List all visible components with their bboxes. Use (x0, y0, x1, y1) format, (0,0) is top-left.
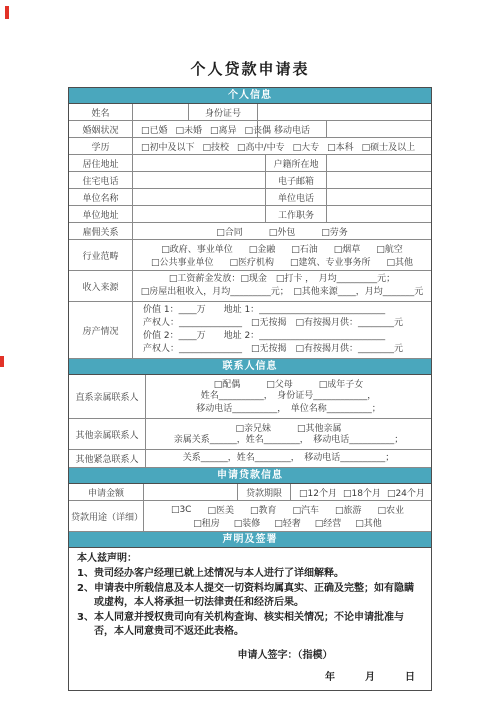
contact-detail-line[interactable]: 姓名__________， 身份证号____________， (150, 390, 427, 403)
checkbox-option[interactable]: □汽车 (293, 503, 320, 516)
immediate-family-contact-cell: □配偶□父母□成年子女 姓名__________， 身份证号__________… (146, 375, 431, 418)
table-row-other-relative: 其他亲属联系人 □亲兄妹□其他亲属 亲属关系______，姓名________，… (69, 419, 431, 450)
section-header-loan-info: 申请贷款信息 (69, 468, 431, 484)
checkbox-option[interactable]: □高中/中专 (237, 140, 285, 153)
id-number-input-cell[interactable] (258, 104, 431, 120)
checkbox-option[interactable]: □硕士及以上 (362, 140, 416, 153)
marital-status-label: 婚姻状况 (69, 121, 133, 137)
date-line[interactable]: 年 月 日 (77, 671, 423, 684)
checkbox-option[interactable]: □医疗机构 (229, 255, 274, 268)
checkbox-option[interactable]: □已婚 (141, 123, 168, 136)
education-label: 学历 (69, 138, 133, 154)
industry-options-cell: □政府、事业单位□金融□石油□烟草□航空 □公共事业单位□医疗机构□建筑、专业事… (133, 240, 431, 270)
residential-address-label: 居住地址 (69, 155, 133, 171)
table-row-company-name: 单位名称 单位电话 (69, 189, 431, 206)
loan-amount-label: 申请金额 (69, 484, 144, 500)
checkbox-option[interactable]: □农业 (378, 503, 405, 516)
table-row-marital: 婚姻状况 □已婚□未婚□离异□丧偶 移动电话 (69, 121, 431, 138)
name-label: 姓名 (69, 104, 133, 120)
income-option-line[interactable]: □房屋出租收入，月均_________元； □其他来源____，月均______… (137, 286, 427, 299)
checkbox-option[interactable]: □经营 (315, 516, 342, 529)
education-options: □初中及以下□技校□高中/中专□大专□本科□硕士及以上 (133, 138, 431, 154)
company-name-input-cell[interactable] (133, 189, 266, 205)
checkbox-option[interactable]: □航空 (376, 242, 403, 255)
checkbox-option[interactable]: □亲兄妹 (235, 421, 271, 434)
checkbox-option[interactable]: □医美 (207, 503, 234, 516)
table-row-education: 学历 □初中及以下□技校□高中/中专□大专□本科□硕士及以上 (69, 138, 431, 155)
red-annotation-mark (0, 356, 4, 367)
table-row-loan-amount: 申请金额 贷款期限 □12个月□18个月□24个月 (69, 484, 431, 501)
company-phone-label: 单位电话 (266, 189, 327, 205)
home-phone-label: 住宅电话 (69, 172, 133, 188)
industry-options-line1: □政府、事业单位□金融□石油□烟草□航空 (137, 242, 427, 255)
contact-detail-line[interactable]: 关系______，姓名________， 移动电话__________； (150, 452, 427, 465)
checkbox-option[interactable]: □教育 (250, 503, 277, 516)
checkbox-option[interactable]: □成年子女 (319, 377, 364, 390)
loan-application-form-table: 个人信息 姓名 身份证号 婚姻状况 □已婚□未婚□离异□丧偶 移动电话 学历 □… (68, 87, 432, 691)
red-annotation-mark (5, 6, 9, 19)
company-address-input-cell[interactable] (133, 206, 266, 222)
other-relative-options: □亲兄妹□其他亲属 (150, 421, 427, 434)
property-status-label: 房产情况 (69, 302, 133, 358)
table-row-income: 收入来源 □工资薪金发放：□现金 □打卡 ， 月均_________元；□房屋出… (69, 271, 431, 302)
loan-purpose-options-line1: □3C□医美□教育□汽车□旅游□农业 (148, 503, 427, 516)
table-row-employment: 雇佣关系 □合同□外包□劳务 (69, 223, 431, 240)
email-label: 电子邮箱 (266, 172, 327, 188)
name-input-cell[interactable] (133, 104, 189, 120)
checkbox-option[interactable]: □外包 (269, 225, 296, 238)
industry-label: 行业范畴 (69, 240, 133, 270)
emergency-contact-cell: 关系______，姓名________， 移动电话__________； (146, 450, 431, 467)
employment-options: □合同□外包□劳务 (133, 223, 431, 239)
checkbox-option[interactable]: □劳务 (321, 225, 348, 238)
declaration-items: 1、贵司经办客户经理已就上述情况与本人进行了详细解释。2、申请表中所载信息及本人… (77, 567, 423, 639)
checkbox-option[interactable]: □装修 (234, 516, 261, 529)
residential-address-input-cell[interactable] (133, 155, 266, 171)
checkbox-option[interactable]: □3C (171, 505, 192, 515)
checkbox-option[interactable]: □其他 (387, 255, 414, 268)
employment-relation-label: 雇佣关系 (69, 223, 133, 239)
table-row-company-address: 单位地址 工作职务 (69, 206, 431, 223)
section-header-contact-info: 联系人信息 (69, 359, 431, 375)
loan-purpose-label: 贷款用途（详细） (69, 501, 144, 531)
company-phone-input-cell[interactable] (327, 189, 431, 205)
declaration-item: 1、贵司经办客户经理已就上述情况与本人进行了详细解释。 (77, 567, 423, 581)
immediate-family-detail-lines: 姓名__________， 身份证号____________，移动电话_____… (150, 390, 427, 416)
section-header-declaration: 声明及签署 (69, 532, 431, 548)
table-row-declaration: 本人兹声明： 1、贵司经办客户经理已就上述情况与本人进行了详细解释。2、申请表中… (69, 548, 431, 690)
registered-residence-input-cell[interactable] (327, 155, 431, 171)
email-input-cell[interactable] (327, 172, 431, 188)
table-row-immediate-family: 直系亲属联系人 □配偶□父母□成年子女 姓名__________， 身份证号__… (69, 375, 431, 419)
checkbox-option[interactable]: □合同 (216, 225, 243, 238)
declaration-block: 本人兹声明： 1、贵司经办客户经理已就上述情况与本人进行了详细解释。2、申请表中… (69, 548, 431, 690)
id-number-label: 身份证号 (189, 104, 258, 120)
job-title-label: 工作职务 (266, 206, 327, 222)
loan-purpose-options-cell: □3C□医美□教育□汽车□旅游□农业 □租房□装修□轻奢□经营□其他 (144, 501, 431, 531)
declaration-heading: 本人兹声明： (77, 552, 423, 566)
page-title: 个人贷款申请表 (0, 58, 500, 79)
checkbox-option[interactable]: □父母 (266, 377, 293, 390)
income-source-label: 收入来源 (69, 271, 133, 301)
checkbox-option[interactable]: □其他亲属 (297, 421, 342, 434)
checkbox-option[interactable]: □技校 (203, 140, 230, 153)
checkbox-option[interactable]: □未婚 (176, 123, 203, 136)
checkbox-option[interactable]: □建筑、专业事务所 (290, 255, 371, 268)
property-detail-line[interactable]: 价值 2：____万 地址 2：________________________… (137, 330, 427, 343)
checkbox-option[interactable]: □租房 (193, 516, 220, 529)
checkbox-option[interactable]: □公共事业单位 (151, 255, 214, 268)
checkbox-option[interactable]: □24个月 (387, 486, 425, 499)
property-detail-line[interactable]: 产权人：______________ □无按揭 □有按揭月供：________元 (137, 317, 427, 330)
other-relative-detail-lines: 亲属关系______，姓名________， 移动电话__________； (150, 434, 427, 447)
industry-options-line2: □公共事业单位□医疗机构□建筑、专业事务所□其他 (137, 255, 427, 268)
checkbox-option[interactable]: □石油 (291, 242, 318, 255)
company-name-label: 单位名称 (69, 189, 133, 205)
table-row-home-phone: 住宅电话 电子邮箱 (69, 172, 431, 189)
loan-term-options: □12个月□18个月□24个月 (291, 484, 431, 500)
job-title-input-cell[interactable] (327, 206, 431, 222)
loan-amount-input-cell[interactable] (144, 484, 238, 500)
table-row-address: 居住地址 户籍所在地 (69, 155, 431, 172)
checkbox-option[interactable]: □离异 (210, 123, 237, 136)
checkbox-option[interactable]: □18个月 (343, 486, 381, 499)
property-detail-line[interactable]: 价值 1：____万 地址 1：________________________… (137, 304, 427, 317)
applicant-signature-label[interactable]: 申请人签字：（指模） (77, 649, 423, 663)
checkbox-option[interactable]: □本科 (327, 140, 354, 153)
table-row-loan-purpose: 贷款用途（详细） □3C□医美□教育□汽车□旅游□农业 □租房□装修□轻奢□经营… (69, 501, 431, 532)
income-source-cell: □工资薪金发放：□现金 □打卡 ， 月均_________元；□房屋出租收入，月… (133, 271, 431, 301)
other-relative-contact-label: 其他亲属联系人 (69, 419, 146, 449)
checkbox-option[interactable]: □金融 (249, 242, 276, 255)
form-page: 个人贷款申请表 个人信息 姓名 身份证号 婚姻状况 □已婚□未婚□离异□丧偶 移… (0, 0, 500, 708)
section-header-personal-info: 个人信息 (69, 88, 431, 104)
mobile-phone-input-cell[interactable] (327, 121, 431, 137)
property-details-cell: 价值 1：____万 地址 1：________________________… (133, 302, 431, 358)
contact-detail-line[interactable]: 亲属关系______，姓名________， 移动电话__________； (150, 434, 427, 447)
registered-residence-label: 户籍所在地 (266, 155, 327, 171)
declaration-item: 2、申请表中所载信息及本人提交一切资料均属真实、正确及完整；如有隐瞒或虚构，本人… (77, 582, 423, 610)
table-row-property: 房产情况 价值 1：____万 地址 1：___________________… (69, 302, 431, 359)
checkbox-option[interactable]: □轻奢 (274, 516, 301, 529)
immediate-family-contact-label: 直系亲属联系人 (69, 375, 146, 418)
property-detail-line[interactable]: 产权人：______________ □无按揭 □有按揭月供：________元 (137, 343, 427, 356)
declaration-item: 3、本人同意并授权贵司向有关机构查询、核实相关情况；不论申请批准与否，本人同意贵… (77, 611, 423, 639)
immediate-family-options: □配偶□父母□成年子女 (150, 377, 427, 390)
mobile-phone-label: 移动电话 (258, 121, 327, 137)
checkbox-option[interactable]: □初中及以下 (141, 140, 195, 153)
checkbox-option[interactable]: □大专 (293, 140, 320, 153)
income-option-line[interactable]: □工资薪金发放：□现金 □打卡 ， 月均_________元； (137, 273, 427, 286)
loan-term-label: 贷款期限 (238, 484, 291, 500)
contact-detail-line[interactable]: 移动电话__________， 单位名称__________； (150, 403, 427, 416)
checkbox-option[interactable]: □12个月 (299, 486, 337, 499)
company-address-label: 单位地址 (69, 206, 133, 222)
loan-purpose-options-line2: □租房□装修□轻奢□经营□其他 (148, 516, 427, 529)
table-row-emergency-contact: 其他紧急联系人 关系______，姓名________， 移动电话_______… (69, 450, 431, 468)
table-row-name: 姓名 身份证号 (69, 104, 431, 121)
home-phone-input-cell[interactable] (133, 172, 266, 188)
other-relative-contact-cell: □亲兄妹□其他亲属 亲属关系______，姓名________， 移动电话___… (146, 419, 431, 449)
checkbox-option[interactable]: □其他 (355, 516, 382, 529)
table-row-industry: 行业范畴 □政府、事业单位□金融□石油□烟草□航空 □公共事业单位□医疗机构□建… (69, 240, 431, 271)
checkbox-option[interactable]: □旅游 (335, 503, 362, 516)
checkbox-option[interactable]: □烟草 (334, 242, 361, 255)
marital-status-options: □已婚□未婚□离异□丧偶 (133, 121, 258, 137)
checkbox-option[interactable]: □配偶 (214, 377, 241, 390)
checkbox-option[interactable]: □政府、事业单位 (161, 242, 233, 255)
emergency-contact-label: 其他紧急联系人 (69, 450, 146, 467)
